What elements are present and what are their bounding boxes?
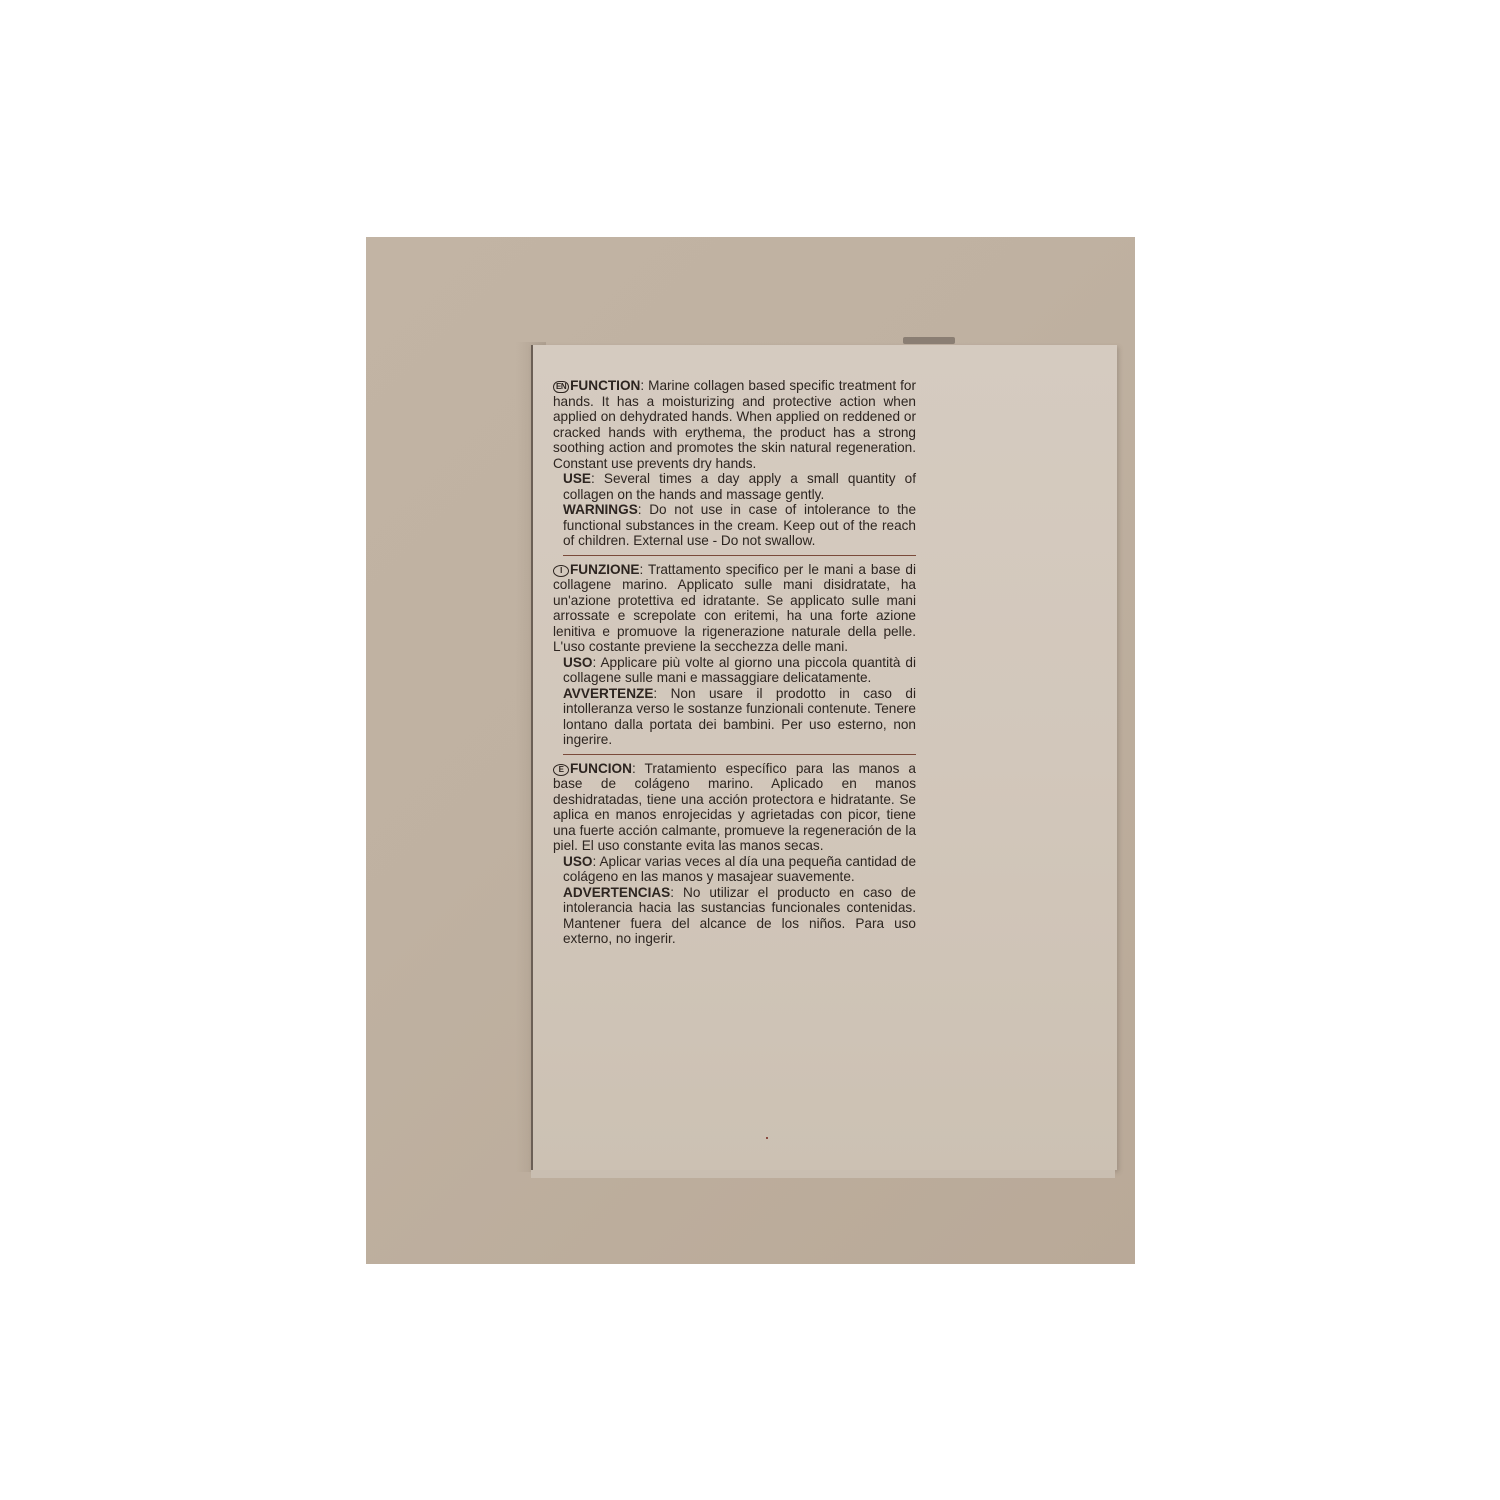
product-photo: ENFUNCTION: Marine collagen based specif… — [366, 237, 1135, 1264]
print-speck — [766, 1137, 768, 1139]
function-paragraph: EFUNCION: Tratamiento específico para la… — [553, 761, 916, 854]
function-paragraph: IFUNZIONE: Trattamento specifico per le … — [553, 562, 916, 655]
warnings-paragraph: WARNINGS: Do not use in case of intolera… — [553, 502, 916, 549]
language-badge-icon: E — [553, 764, 569, 776]
warnings-paragraph: AVVERTENZE: Non usare il prodotto in cas… — [553, 686, 916, 748]
function-paragraph: ENFUNCTION: Marine collagen based specif… — [553, 378, 916, 471]
keyword: USO — [563, 655, 592, 670]
use-paragraph: USO: Aplicar varias veces al día una peq… — [553, 854, 916, 885]
product-label: ENFUNCTION: Marine collagen based specif… — [553, 378, 916, 953]
box-bottom-flap — [531, 1170, 1115, 1178]
section-divider — [563, 555, 916, 556]
paragraph-text: : Applicare più volte al giorno una picc… — [563, 655, 916, 686]
language-badge-icon: EN — [553, 381, 569, 393]
language-badge-icon: I — [553, 565, 569, 577]
section-divider — [563, 754, 916, 755]
box-top-flap — [903, 337, 955, 344]
section-italian: IFUNZIONE: Trattamento specifico per le … — [553, 562, 916, 748]
paragraph-text: : Several times a day apply a small quan… — [563, 471, 916, 502]
keyword: USE — [563, 471, 591, 486]
paragraph-text: : Aplicar varias veces al día una pequeñ… — [563, 854, 916, 885]
keyword: FUNCION — [570, 761, 632, 776]
section-spanish: EFUNCION: Tratamiento específico para la… — [553, 761, 916, 947]
section-english: ENFUNCTION: Marine collagen based specif… — [553, 378, 916, 549]
warnings-paragraph: ADVERTENCIAS: No utilizar el producto en… — [553, 885, 916, 947]
keyword: FUNZIONE — [570, 562, 639, 577]
keyword: ADVERTENCIAS — [563, 885, 670, 900]
use-paragraph: USO: Applicare più volte al giorno una p… — [553, 655, 916, 686]
keyword: FUNCTION — [570, 378, 640, 393]
keyword: USO — [563, 854, 592, 869]
use-paragraph: USE: Several times a day apply a small q… — [553, 471, 916, 502]
keyword: AVVERTENZE — [563, 686, 653, 701]
keyword: WARNINGS — [563, 502, 638, 517]
